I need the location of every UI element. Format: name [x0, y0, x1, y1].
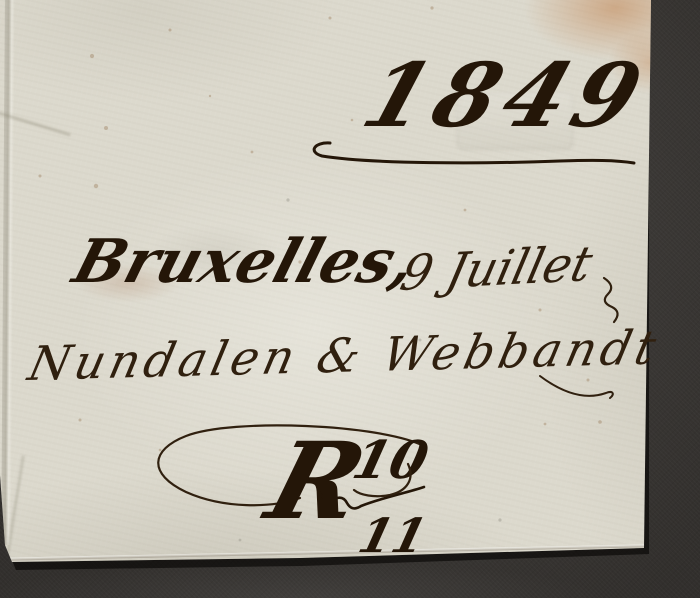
handwritten-date: 9 Juillet: [395, 235, 598, 302]
photo-mat-background: 1849 Bruxelles, 9 Juillet Nundalen & Web…: [0, 0, 700, 598]
docket-number-11: 11: [353, 509, 432, 564]
rate-value-10: 10: [347, 430, 435, 491]
date-tail-flourish: [604, 278, 618, 322]
handwritten-year: 1849: [351, 44, 661, 147]
addressee-tail-flourish: [540, 376, 613, 398]
handwritten-addressee: Nundalen & Webbandt: [22, 321, 665, 392]
handwritten-city: Bruxelles,: [64, 227, 424, 297]
handwriting-layer: 1849 Bruxelles, 9 Juillet Nundalen & Web…: [0, 0, 700, 598]
